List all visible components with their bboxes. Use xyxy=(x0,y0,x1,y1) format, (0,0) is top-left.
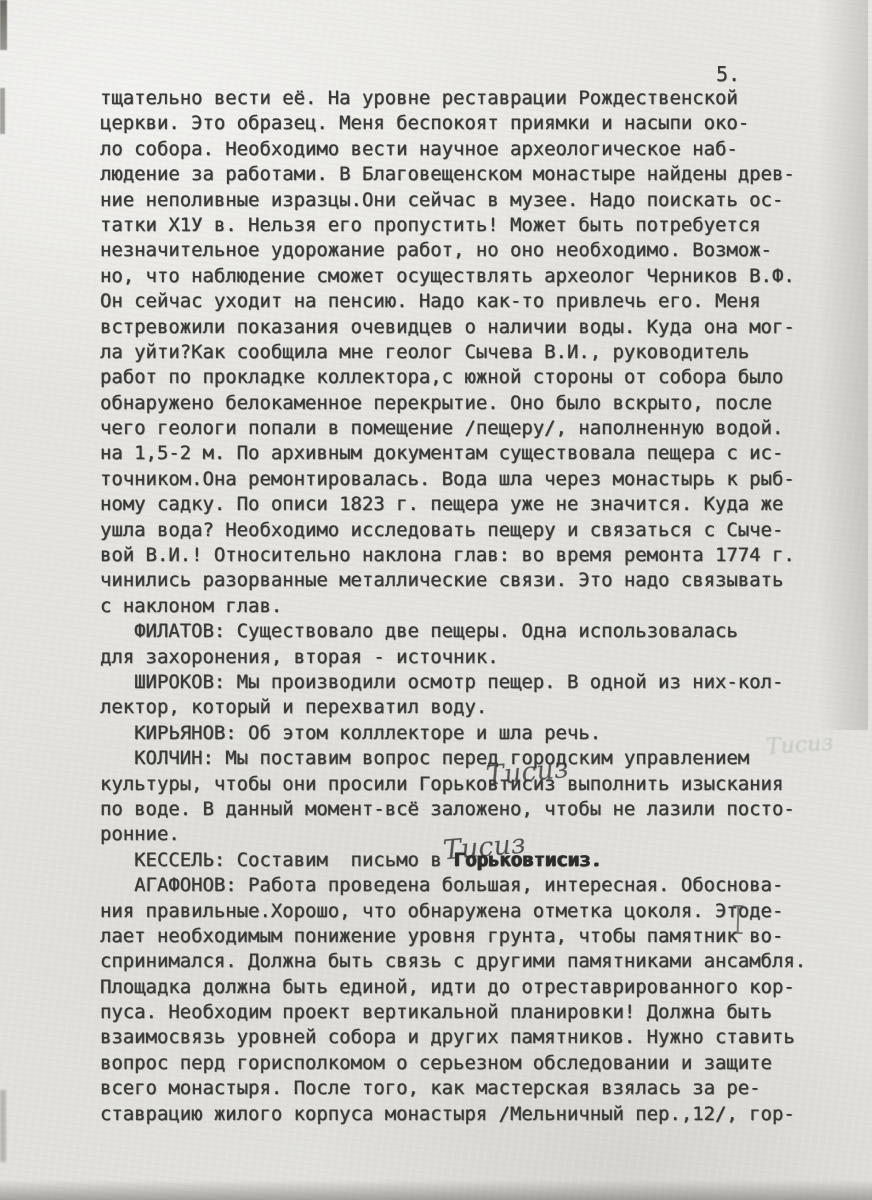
typed-line: культуры, чтобы они просили Горьковтисиз… xyxy=(100,772,806,797)
typed-line: точником.Она ремонтировалась. Вода шла ч… xyxy=(100,467,806,492)
overstruck-typed-word: Горьковтисиз. xyxy=(454,848,602,873)
typed-line: незначительное удорожание работ, но оно … xyxy=(100,238,806,263)
typed-line: ФИЛАТОВ: Существовало две пещеры. Одна и… xyxy=(100,619,806,644)
typed-line: с наклоном глав. xyxy=(100,594,806,619)
typed-line: вой В.И.! Относительно наклона глав: во … xyxy=(100,543,806,568)
typed-line: встревожили показания очевидцев о наличи… xyxy=(100,315,806,340)
typed-line: по воде. В данный момент-всё заложено, ч… xyxy=(100,797,806,822)
typed-line: КИРЬЯНОВ: Об этом колллекторе и шла речь… xyxy=(100,721,806,746)
typed-line: на 1,5-2 м. По архивным документам сущес… xyxy=(100,441,806,466)
scan-edge-artifact xyxy=(0,88,5,134)
typed-line: татки Х1У в. Нельзя его пропустить! Може… xyxy=(100,213,806,238)
typed-text-block: тщательно вести её. На уровне реставраци… xyxy=(100,86,806,1127)
typed-line: всего монастыря. После того, как мастерс… xyxy=(100,1076,806,1101)
typed-line: пуса. Необходим проект вертикальной план… xyxy=(100,1000,806,1025)
typed-line: церкви. Это образец. Меня беспокоят прия… xyxy=(100,111,806,136)
typed-line: ШИРОКОВ: Мы производили осмотр пещер. В … xyxy=(100,670,806,695)
typed-line: ло собора. Необходимо вести научное архе… xyxy=(100,137,806,162)
typed-line: ному садку. По описи 1823 г. пещера уже … xyxy=(100,492,806,517)
page-number: 5. xyxy=(716,62,740,86)
scan-edge-artifact xyxy=(0,0,7,50)
torn-edge-shadow xyxy=(818,0,868,730)
typed-line: ния правильные.Хорошо, что обнаружена от… xyxy=(100,899,806,924)
typed-line: КОЛЧИН: Мы поставим вопрос перед городск… xyxy=(100,746,806,771)
typed-line: ушла вода? Необходимо исследовать пещеру… xyxy=(100,518,806,543)
typed-line: ставрацию жилого корпуса монастыря /Мель… xyxy=(100,1102,806,1127)
typed-line: Площадка должна быть единой, идти до отр… xyxy=(100,975,806,1000)
typed-line: АГАФОНОВ: Работа проведена большая, инте… xyxy=(100,873,806,898)
typed-line: чинились разорванные металлические связи… xyxy=(100,568,806,593)
scan-edge-artifact xyxy=(0,1090,6,1162)
typed-line: ла уйти?Как сообщила мне геолог Сычева В… xyxy=(100,340,806,365)
faint-pencil-note: Тисиз xyxy=(765,731,834,761)
typed-line: но, что наблюдение сможет осуществлять а… xyxy=(100,264,806,289)
paper: 5. тщательно вести её. На уровне реставр… xyxy=(0,0,872,1200)
scan-bottom-shadow xyxy=(0,1180,872,1200)
scanned-page: 5. тщательно вести её. На уровне реставр… xyxy=(0,0,872,1200)
typed-line: работ по прокладке коллектора,с южной ст… xyxy=(100,365,806,390)
typed-line: чего геологи попали в помещение /пещеру/… xyxy=(100,416,806,441)
typed-line: спринимался. Должна быть связь с другими… xyxy=(100,949,806,974)
typed-line: ние неполивные изразцы.Они сейчас в музе… xyxy=(100,188,806,213)
typed-line: лает необходимым понижение уровня грунта… xyxy=(100,924,806,949)
typed-line: тщательно вести её. На уровне реставраци… xyxy=(100,86,806,111)
typed-line: вопрос перд горисполкомом о серьезном об… xyxy=(100,1051,806,1076)
typed-line: Он сейчас уходит на пенсию. Надо как-то … xyxy=(100,289,806,314)
typed-line: взаимосвязь уровней собора и других памя… xyxy=(100,1025,806,1050)
typed-line: лектор, который и перехватил воду. xyxy=(100,695,806,720)
typed-line: обнаружено белокаменное перекрытие. Оно … xyxy=(100,391,806,416)
typed-line: для захоронения, вторая - источник. xyxy=(100,645,806,670)
typed-line: людение за работами. В Благовещенском мо… xyxy=(100,162,806,187)
